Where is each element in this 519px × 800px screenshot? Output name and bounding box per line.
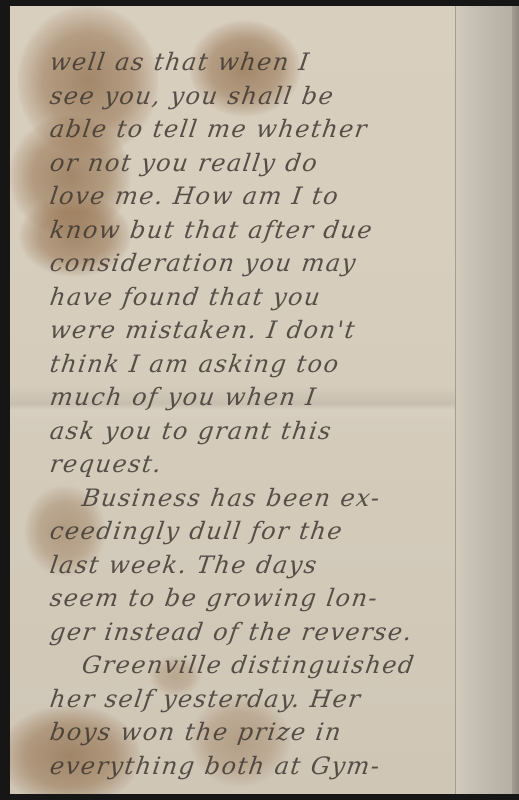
text-line: know but that after due (48, 214, 519, 248)
text-line: think I am asking too (48, 348, 519, 382)
text-line: request. (48, 448, 519, 482)
handwritten-text: well as that when I see you, you shall b… (50, 46, 519, 783)
text-line: able to tell me whether (48, 113, 519, 147)
text-line: ceedingly dull for the (48, 515, 519, 549)
letter-page: well as that when I see you, you shall b… (10, 6, 519, 794)
text-line: or not you really do (48, 147, 519, 181)
text-line: love me. How am I to (48, 180, 519, 214)
text-line: ask you to grant this (48, 415, 519, 449)
text-line: seem to be growing lon- (48, 582, 519, 616)
paragraph-start-line: Business has been ex- (48, 482, 519, 516)
text-line: much of you when I (48, 381, 519, 415)
text-line: well as that when I (48, 46, 519, 80)
text-line: consideration you may (48, 247, 519, 281)
text-line: last week. The days (48, 549, 519, 583)
text-line: ger instead of the reverse. (48, 616, 519, 650)
text-line: her self yesterday. Her (48, 683, 519, 717)
text-line: boys won the prize in (48, 716, 519, 750)
text-line: see you, you shall be (48, 80, 519, 114)
text-line: have found that you (48, 281, 519, 315)
text-line: were mistaken. I don't (48, 314, 519, 348)
paragraph-start-line: Greenville distinguished (48, 649, 519, 683)
text-line: everything both at Gym- (48, 750, 519, 784)
